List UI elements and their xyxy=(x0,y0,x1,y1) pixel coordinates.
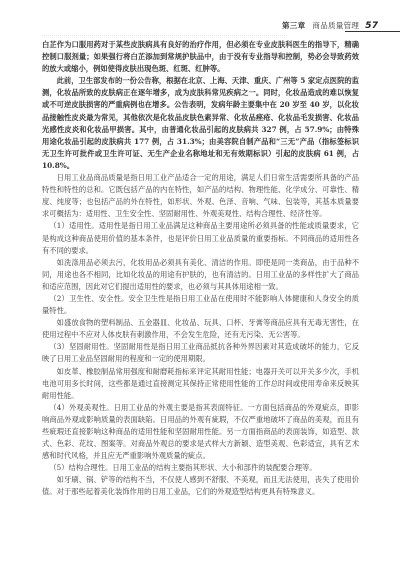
paragraph-quality-definition: 日用工业品商品质量是指日用工业产品适合一定的用途，满足人们日常生活需要所具备的产… xyxy=(42,172,359,220)
paragraph-appearance: （4）外观美观性。日用工业品的外观主要是指其表面特征。一方面包括商品的外观疵点，… xyxy=(42,402,359,462)
paragraph-structure: （5）结构合理性。日用工业品的结构主要指其形状、大小和部件的装配要合理等。 xyxy=(42,462,359,474)
paragraph-applicability: （1）适用性。适用性是指日用工业品满足这种商品主要用途所必须具备的性能或质量要求… xyxy=(42,220,359,256)
book-page: 第三章 商品质量管理 57 白芷作为口服用药对于某些皮肤病具有良好的治疗作用，但… xyxy=(0,0,400,562)
chapter-title: 商品质量管理 xyxy=(312,20,359,31)
header-rule xyxy=(345,31,400,32)
paragraph-hygiene-safety: （2）卫生性、安全性。安全卫生性是指日用工业品在使用时不能影响人体健康和人身安全… xyxy=(42,293,359,317)
paragraph-structure-example: 如牙刷、锅、铲等的结构不当，不仅使人感到不舒服、不美观，而且无法使用，丧失了使用… xyxy=(42,474,359,498)
paragraph-durability-example: 如皮革、橡胶制品常用强度和耐磨耗指标来评定其耐用性能；电器开关可以开关多少次，手… xyxy=(42,366,359,402)
paragraph-ministry-notice: 此前，卫生部发布的一份公告称，根据在北京、上海、天津、重庆、广州等 5 家定点医… xyxy=(42,75,359,172)
chapter-label: 第三章 xyxy=(282,20,305,31)
faint-bleed-line xyxy=(42,35,287,36)
paragraph-durability: （3）坚固耐用性。坚固耐用性是指日用工业商品抵抗各种外界因素对其造成破坏的能力，… xyxy=(42,341,359,365)
running-head: 第三章 商品质量管理 57 xyxy=(282,19,378,31)
paragraph-hygiene-example: 如盛放食物的塑料制品、五金器皿、化妆品、玩具、口杯、牙膏等商品应具有无毒无害性，… xyxy=(42,317,359,341)
paragraph-applicability-example: 如洗涤用品必须去污，化妆用品必须具有美化、清洁的作用。即使是同一类商品，由于品种… xyxy=(42,257,359,293)
body-text: 白芷作为口服用药对于某些皮肤病具有良好的治疗作用，但必须在专业皮肤科医生的指导下… xyxy=(42,39,359,499)
paragraph-continued-case: 白芷作为口服用药对于某些皮肤病具有良好的治疗作用，但必须在专业皮肤科医生的指导下… xyxy=(42,39,359,75)
page-number: 57 xyxy=(365,21,378,31)
